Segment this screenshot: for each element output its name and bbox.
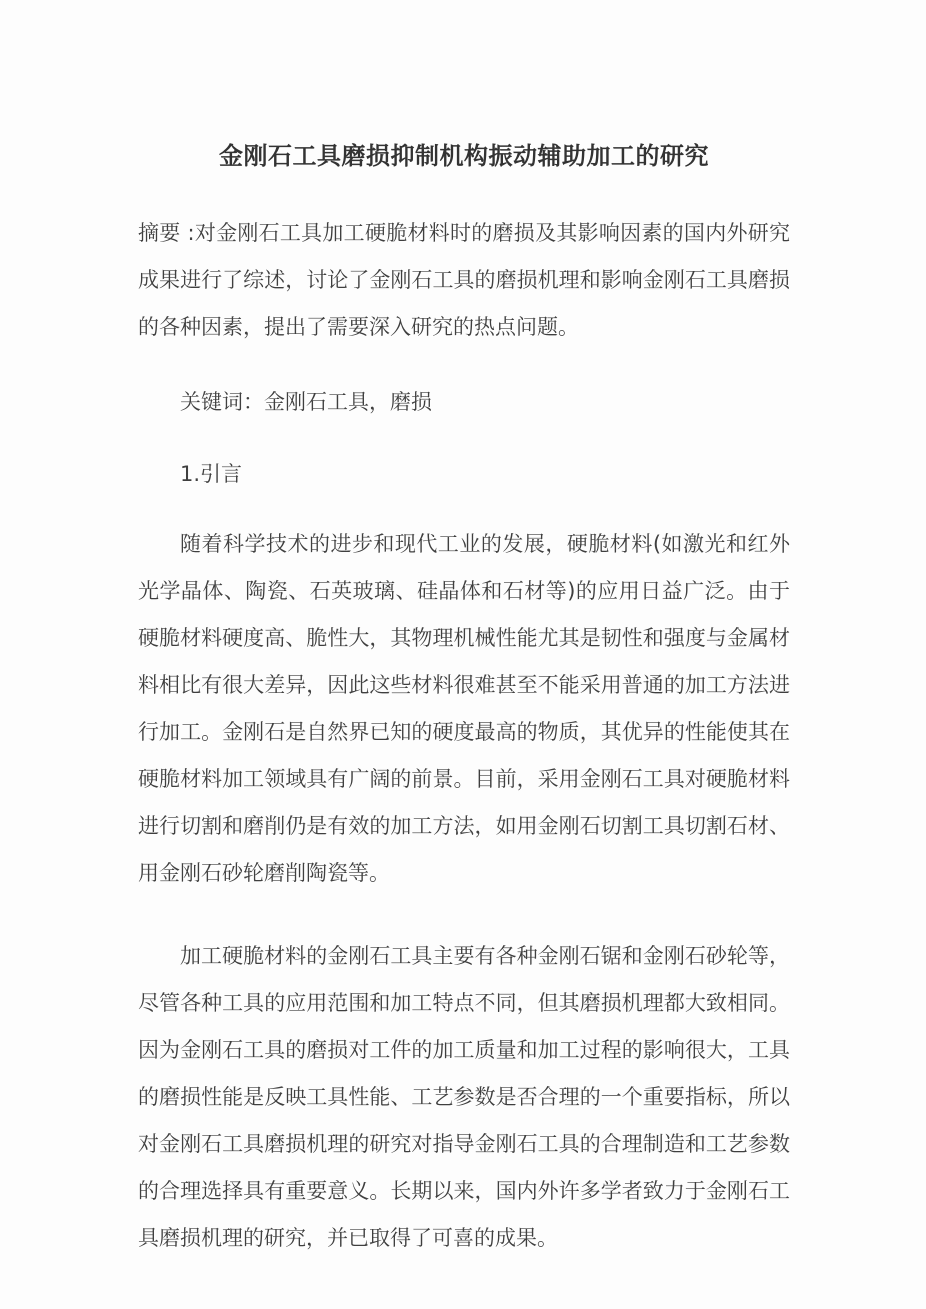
keywords-line: 关键词：金刚石工具，磨损 <box>138 379 790 426</box>
document-page: 金刚石工具磨损抑制机构振动辅助加工的研究 摘要 :对金刚石工具加工硬脆材料时的磨… <box>0 0 926 1309</box>
body-paragraph-2: 加工硬脆材料的金刚石工具主要有各种金刚石锯和金刚石砂轮等，尽管各种工具的应用范围… <box>138 933 790 1262</box>
section-heading-introduction: 1.引言 <box>138 451 790 498</box>
document-content: 金刚石工具磨损抑制机构振动辅助加工的研究 摘要 :对金刚石工具加工硬脆材料时的磨… <box>138 0 790 1262</box>
document-title: 金刚石工具磨损抑制机构振动辅助加工的研究 <box>138 140 790 173</box>
abstract-paragraph: 摘要 :对金刚石工具加工硬脆材料时的磨损及其影响因素的国内外研究成果进行了综述，… <box>138 210 790 351</box>
body-paragraph-1: 随着科学技术的进步和现代工业的发展，硬脆材料(如激光和红外光学晶体、陶瓷、石英玻… <box>138 521 790 897</box>
